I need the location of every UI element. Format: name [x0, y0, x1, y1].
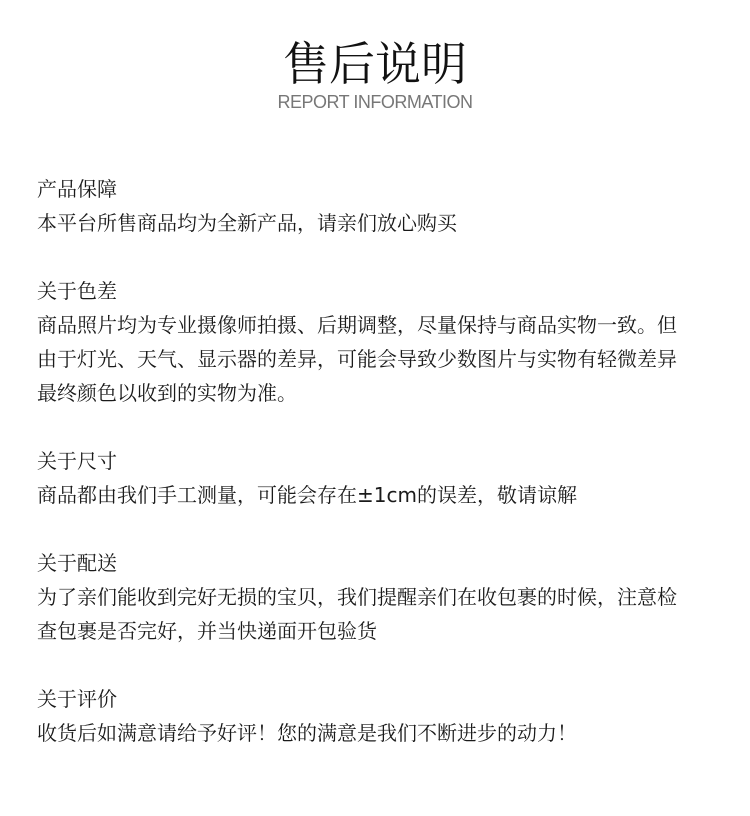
section-body: 为了亲们能收到完好无损的宝贝，我们提醒亲们在收包裹的时候，注意检 查包裹是否完好…: [37, 580, 717, 648]
section-color-difference: 关于色差 商品照片均为专业摄像师拍摄、后期调整，尽量保持与商品实物一致。但 由于…: [37, 274, 717, 410]
after-sales-content: 产品保障 本平台所售商品均为全新产品，请亲们放心购买 关于色差 商品照片均为专业…: [37, 172, 717, 784]
section-product-guarantee: 产品保障 本平台所售商品均为全新产品，请亲们放心购买: [37, 172, 717, 240]
section-size: 关于尺寸 商品都由我们手工测量，可能会存在±1cm的误差，敬请谅解: [37, 444, 717, 512]
section-body: 收货后如满意请给予好评！您的满意是我们不断进步的动力！: [37, 716, 717, 750]
section-title: 关于配送: [37, 546, 717, 580]
section-title: 关于尺寸: [37, 444, 717, 478]
section-body: 商品都由我们手工测量，可能会存在±1cm的误差，敬请谅解: [37, 478, 717, 512]
body-line: 由于灯光、天气、显示器的差异，可能会导致少数图片与实物有轻微差异: [37, 342, 717, 376]
section-delivery: 关于配送 为了亲们能收到完好无损的宝贝，我们提醒亲们在收包裹的时候，注意检 查包…: [37, 546, 717, 648]
body-line: 商品照片均为专业摄像师拍摄、后期调整，尽量保持与商品实物一致。但: [37, 308, 717, 342]
section-title: 关于评价: [37, 682, 717, 716]
body-line: 查包裹是否完好，并当快递面开包验货: [37, 614, 717, 648]
page-subtitle: REPORT INFORMATION: [0, 92, 750, 112]
section-body: 本平台所售商品均为全新产品，请亲们放心购买: [37, 206, 717, 240]
body-line: 收货后如满意请给予好评！您的满意是我们不断进步的动力！: [37, 716, 717, 750]
section-review: 关于评价 收货后如满意请给予好评！您的满意是我们不断进步的动力！: [37, 682, 717, 750]
page-header: 售后说明 REPORT INFORMATION: [0, 38, 750, 112]
section-title: 产品保障: [37, 172, 717, 206]
body-line: 商品都由我们手工测量，可能会存在±1cm的误差，敬请谅解: [37, 478, 717, 512]
body-line: 为了亲们能收到完好无损的宝贝，我们提醒亲们在收包裹的时候，注意检: [37, 580, 717, 614]
section-title: 关于色差: [37, 274, 717, 308]
body-line: 最终颜色以收到的实物为准。: [37, 376, 717, 410]
section-body: 商品照片均为专业摄像师拍摄、后期调整，尽量保持与商品实物一致。但 由于灯光、天气…: [37, 308, 717, 410]
body-line: 本平台所售商品均为全新产品，请亲们放心购买: [37, 206, 717, 240]
page-title: 售后说明: [0, 38, 750, 90]
